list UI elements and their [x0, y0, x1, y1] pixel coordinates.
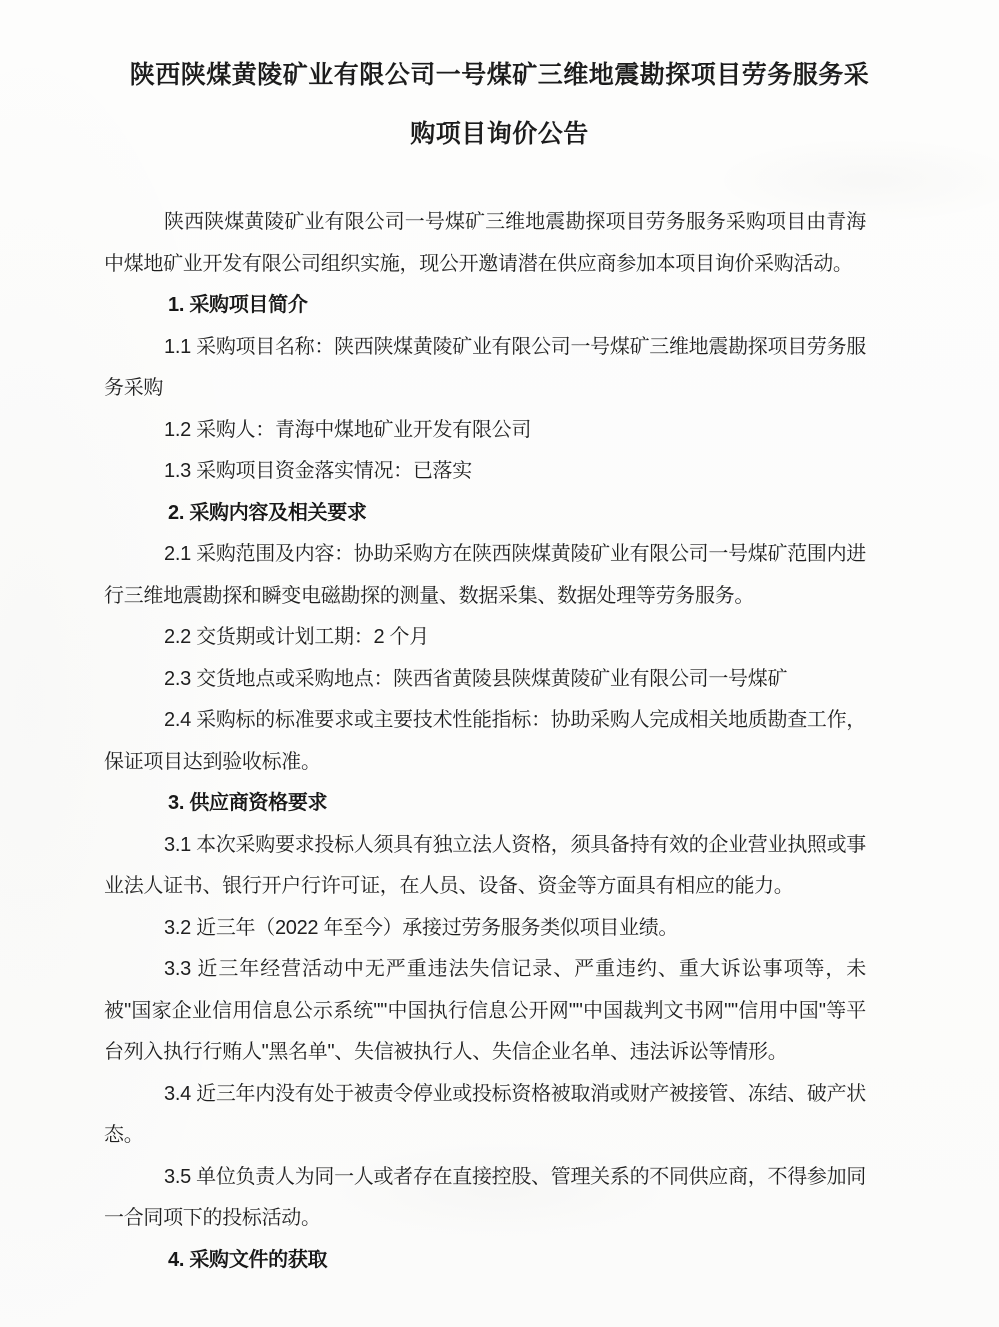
document-title: 陕西陕煤黄陵矿业有限公司一号煤矿三维地震勘探项目劳务服务采 购项目询价公告 [0, 0, 999, 164]
title-line-2: 购项目询价公告 [0, 105, 999, 164]
intro-paragraph: 陕西陕煤黄陵矿业有限公司一号煤矿三维地震勘探项目劳务服务采购项目由青海中煤地矿业… [104, 202, 866, 285]
item-3-4-business-status: 3.4 近三年内没有处于被责令停业或投标资格被取消或财产被接管、冻结、破产状态。 [104, 1074, 866, 1157]
item-3-5-same-controller-rule: 3.5 单位负责人为同一人或者存在直接控股、管理关系的不同供应商，不得参加同一合… [104, 1157, 866, 1240]
item-2-2-delivery-period: 2.2 交货期或计划工期：2 个月 [104, 617, 866, 659]
document-page: 陕西陕煤黄陵矿业有限公司一号煤矿三维地震勘探项目劳务服务采 购项目询价公告 陕西… [0, 0, 999, 1327]
section-4-heading: 4. 采购文件的获取 [104, 1240, 866, 1282]
section-1-heading: 1. 采购项目简介 [104, 285, 866, 327]
item-1-1-project-name: 1.1 采购项目名称：陕西陕煤黄陵矿业有限公司一号煤矿三维地震勘探项目劳务服务采… [104, 327, 866, 410]
item-2-3-delivery-location: 2.3 交货地点或采购地点：陕西省黄陵县陕煤黄陵矿业有限公司一号煤矿 [104, 659, 866, 701]
item-1-2-purchaser: 1.2 采购人：青海中煤地矿业开发有限公司 [104, 410, 866, 452]
title-line-1: 陕西陕煤黄陵矿业有限公司一号煤矿三维地震勘探项目劳务服务采 [0, 46, 999, 105]
section-2-heading: 2. 采购内容及相关要求 [104, 493, 866, 535]
item-3-3-credit-record: 3.3 近三年经营活动中无严重违法失信记录、严重违约、重大诉讼事项等，未被"国家… [104, 949, 866, 1074]
item-1-3-funding-status: 1.3 采购项目资金落实情况：已落实 [104, 451, 866, 493]
section-3-heading: 3. 供应商资格要求 [104, 783, 866, 825]
item-2-1-scope: 2.1 采购范围及内容：协助采购方在陕西陕煤黄陵矿业有限公司一号煤矿范围内进行三… [104, 534, 866, 617]
item-3-2-track-record: 3.2 近三年（2022 年至今）承接过劳务服务类似项目业绩。 [104, 908, 866, 950]
item-3-1-qualification: 3.1 本次采购要求投标人须具有独立法人资格，须具备持有效的企业营业执照或事业法… [104, 825, 866, 908]
document-content: 陕西陕煤黄陵矿业有限公司一号煤矿三维地震勘探项目劳务服务采购项目由青海中煤地矿业… [104, 202, 866, 1281]
item-2-4-technical-requirements: 2.4 采购标的标准要求或主要技术性能指标：协助采购人完成相关地质勘查工作，保证… [104, 700, 866, 783]
